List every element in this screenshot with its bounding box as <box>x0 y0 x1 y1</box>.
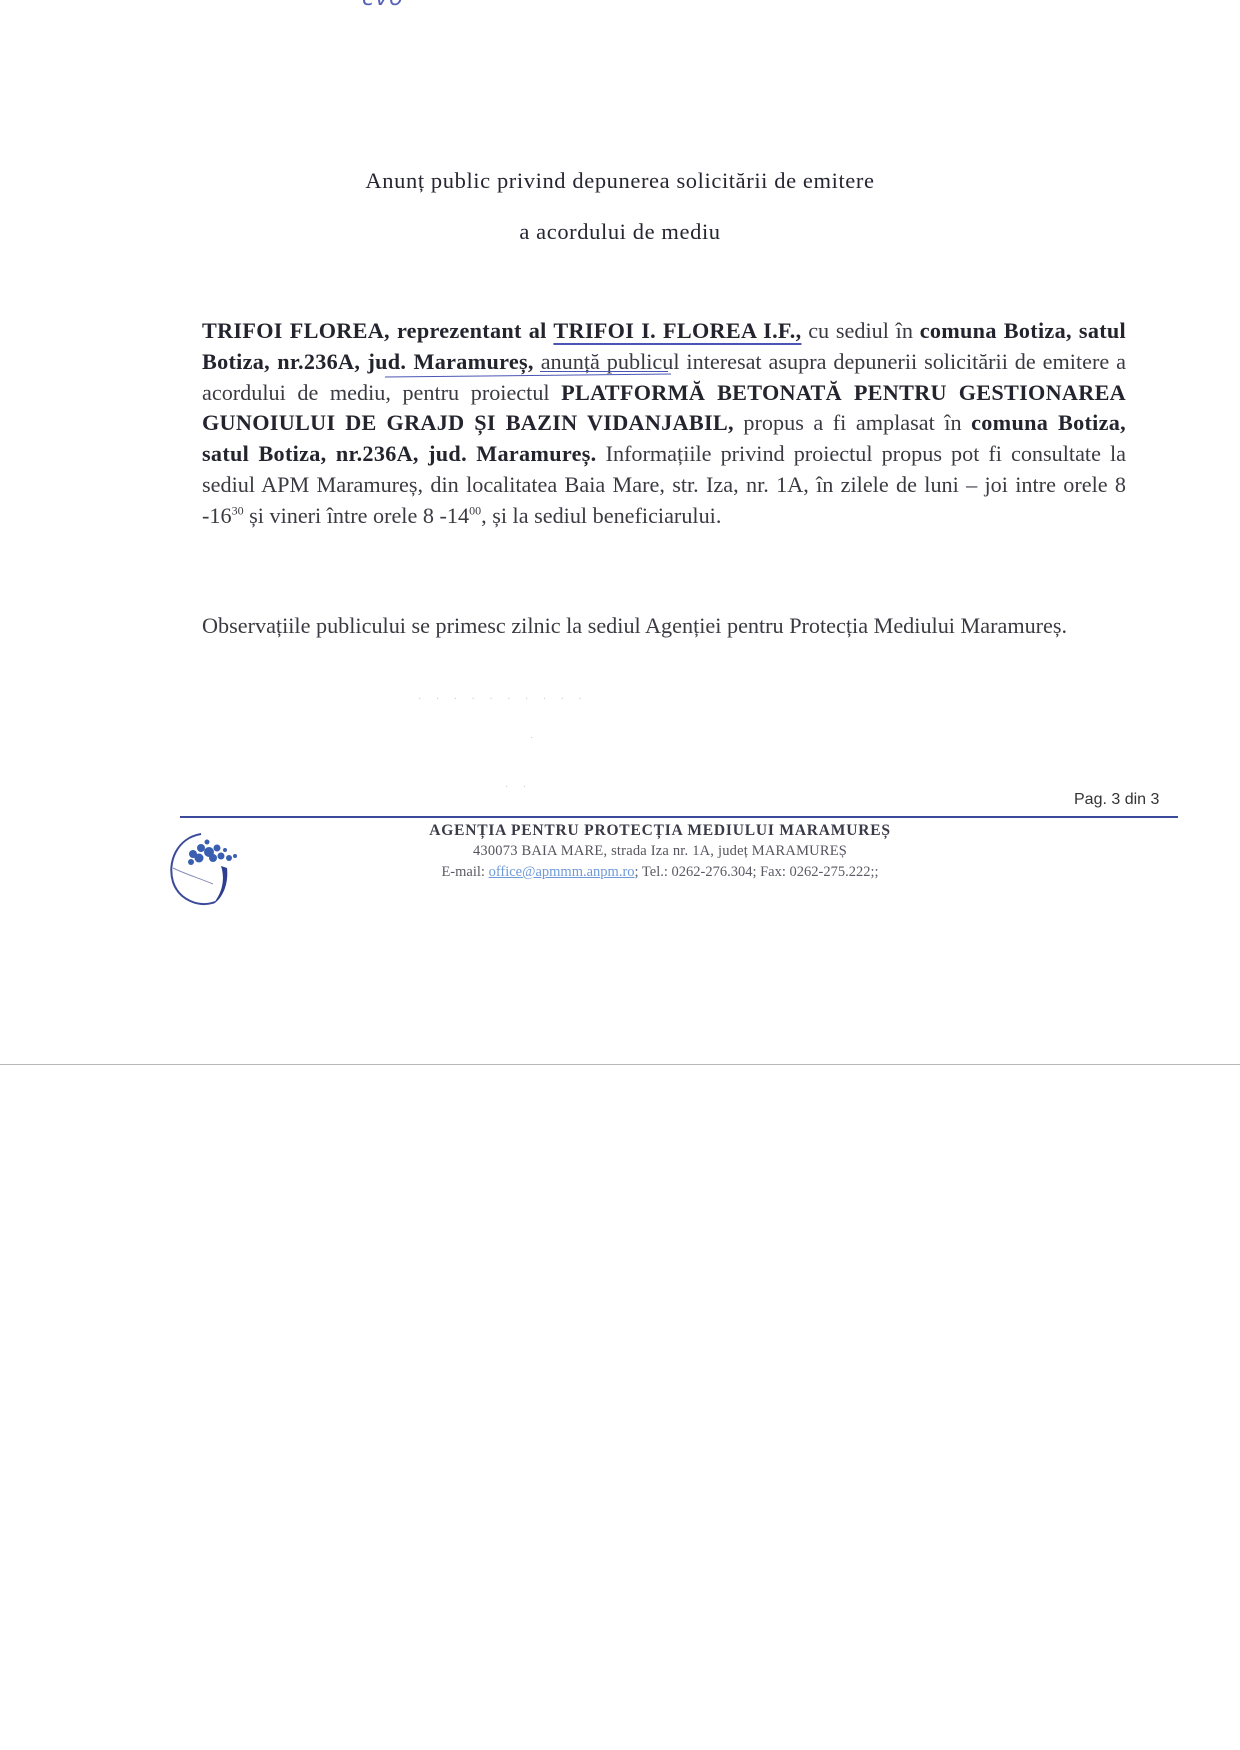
email-label: E-mail: <box>441 864 488 880</box>
representative-name: TRIFOI FLOREA, reprezentant al <box>202 318 547 343</box>
page-bottom-edge <box>0 1064 1240 1065</box>
company-name: TRIFOI I. FLOREA I.F., <box>553 318 801 343</box>
handwritten-mark: cvo <box>362 0 404 11</box>
info-text-mid: și vineri între orele 8 -14 <box>244 503 470 528</box>
observations-paragraph: Observațiile publicului se primesc zilni… <box>202 611 1126 642</box>
agency-name: AGENȚIA PENTRU PROTECȚIA MEDIULUI MARAMU… <box>330 822 990 840</box>
location-intro: propus a fi amplasat în <box>734 410 971 435</box>
announcement-title-line2: a acordului de mediu <box>0 219 1240 245</box>
announcement-title-line1: Anunț public privind depunerea solicităr… <box>0 168 1240 194</box>
scan-artifact: · · <box>505 782 532 793</box>
info-text-end: , și la sediul beneficiarului. <box>481 503 721 528</box>
announcement-paragraph: TRIFOI FLOREA, reprezentant al TRIFOI I.… <box>202 316 1126 532</box>
hour-superscript-2: 00 <box>469 503 481 517</box>
footer-divider <box>180 816 1178 818</box>
agency-phones: ; Tel.: 0262-276.304; Fax: 0262-275.222;… <box>635 864 879 880</box>
page-number: Pag. 3 din 3 <box>1074 791 1159 809</box>
seat-intro: cu sediul în <box>801 318 919 343</box>
apm-tree-logo-icon <box>163 828 251 908</box>
scan-artifact: · · · · · · · · · · <box>418 694 588 705</box>
agency-address: 430073 BAIA MARE, strada Iza nr. 1A, jud… <box>330 843 990 860</box>
pen-underline-address <box>540 371 668 372</box>
hour-superscript-1: 30 <box>232 503 244 517</box>
agency-contact: E-mail: office@apmmm.anpm.ro; Tel.: 0262… <box>330 864 990 881</box>
scan-artifact: · <box>530 733 539 744</box>
agency-email-link[interactable]: office@apmmm.anpm.ro <box>489 864 635 880</box>
